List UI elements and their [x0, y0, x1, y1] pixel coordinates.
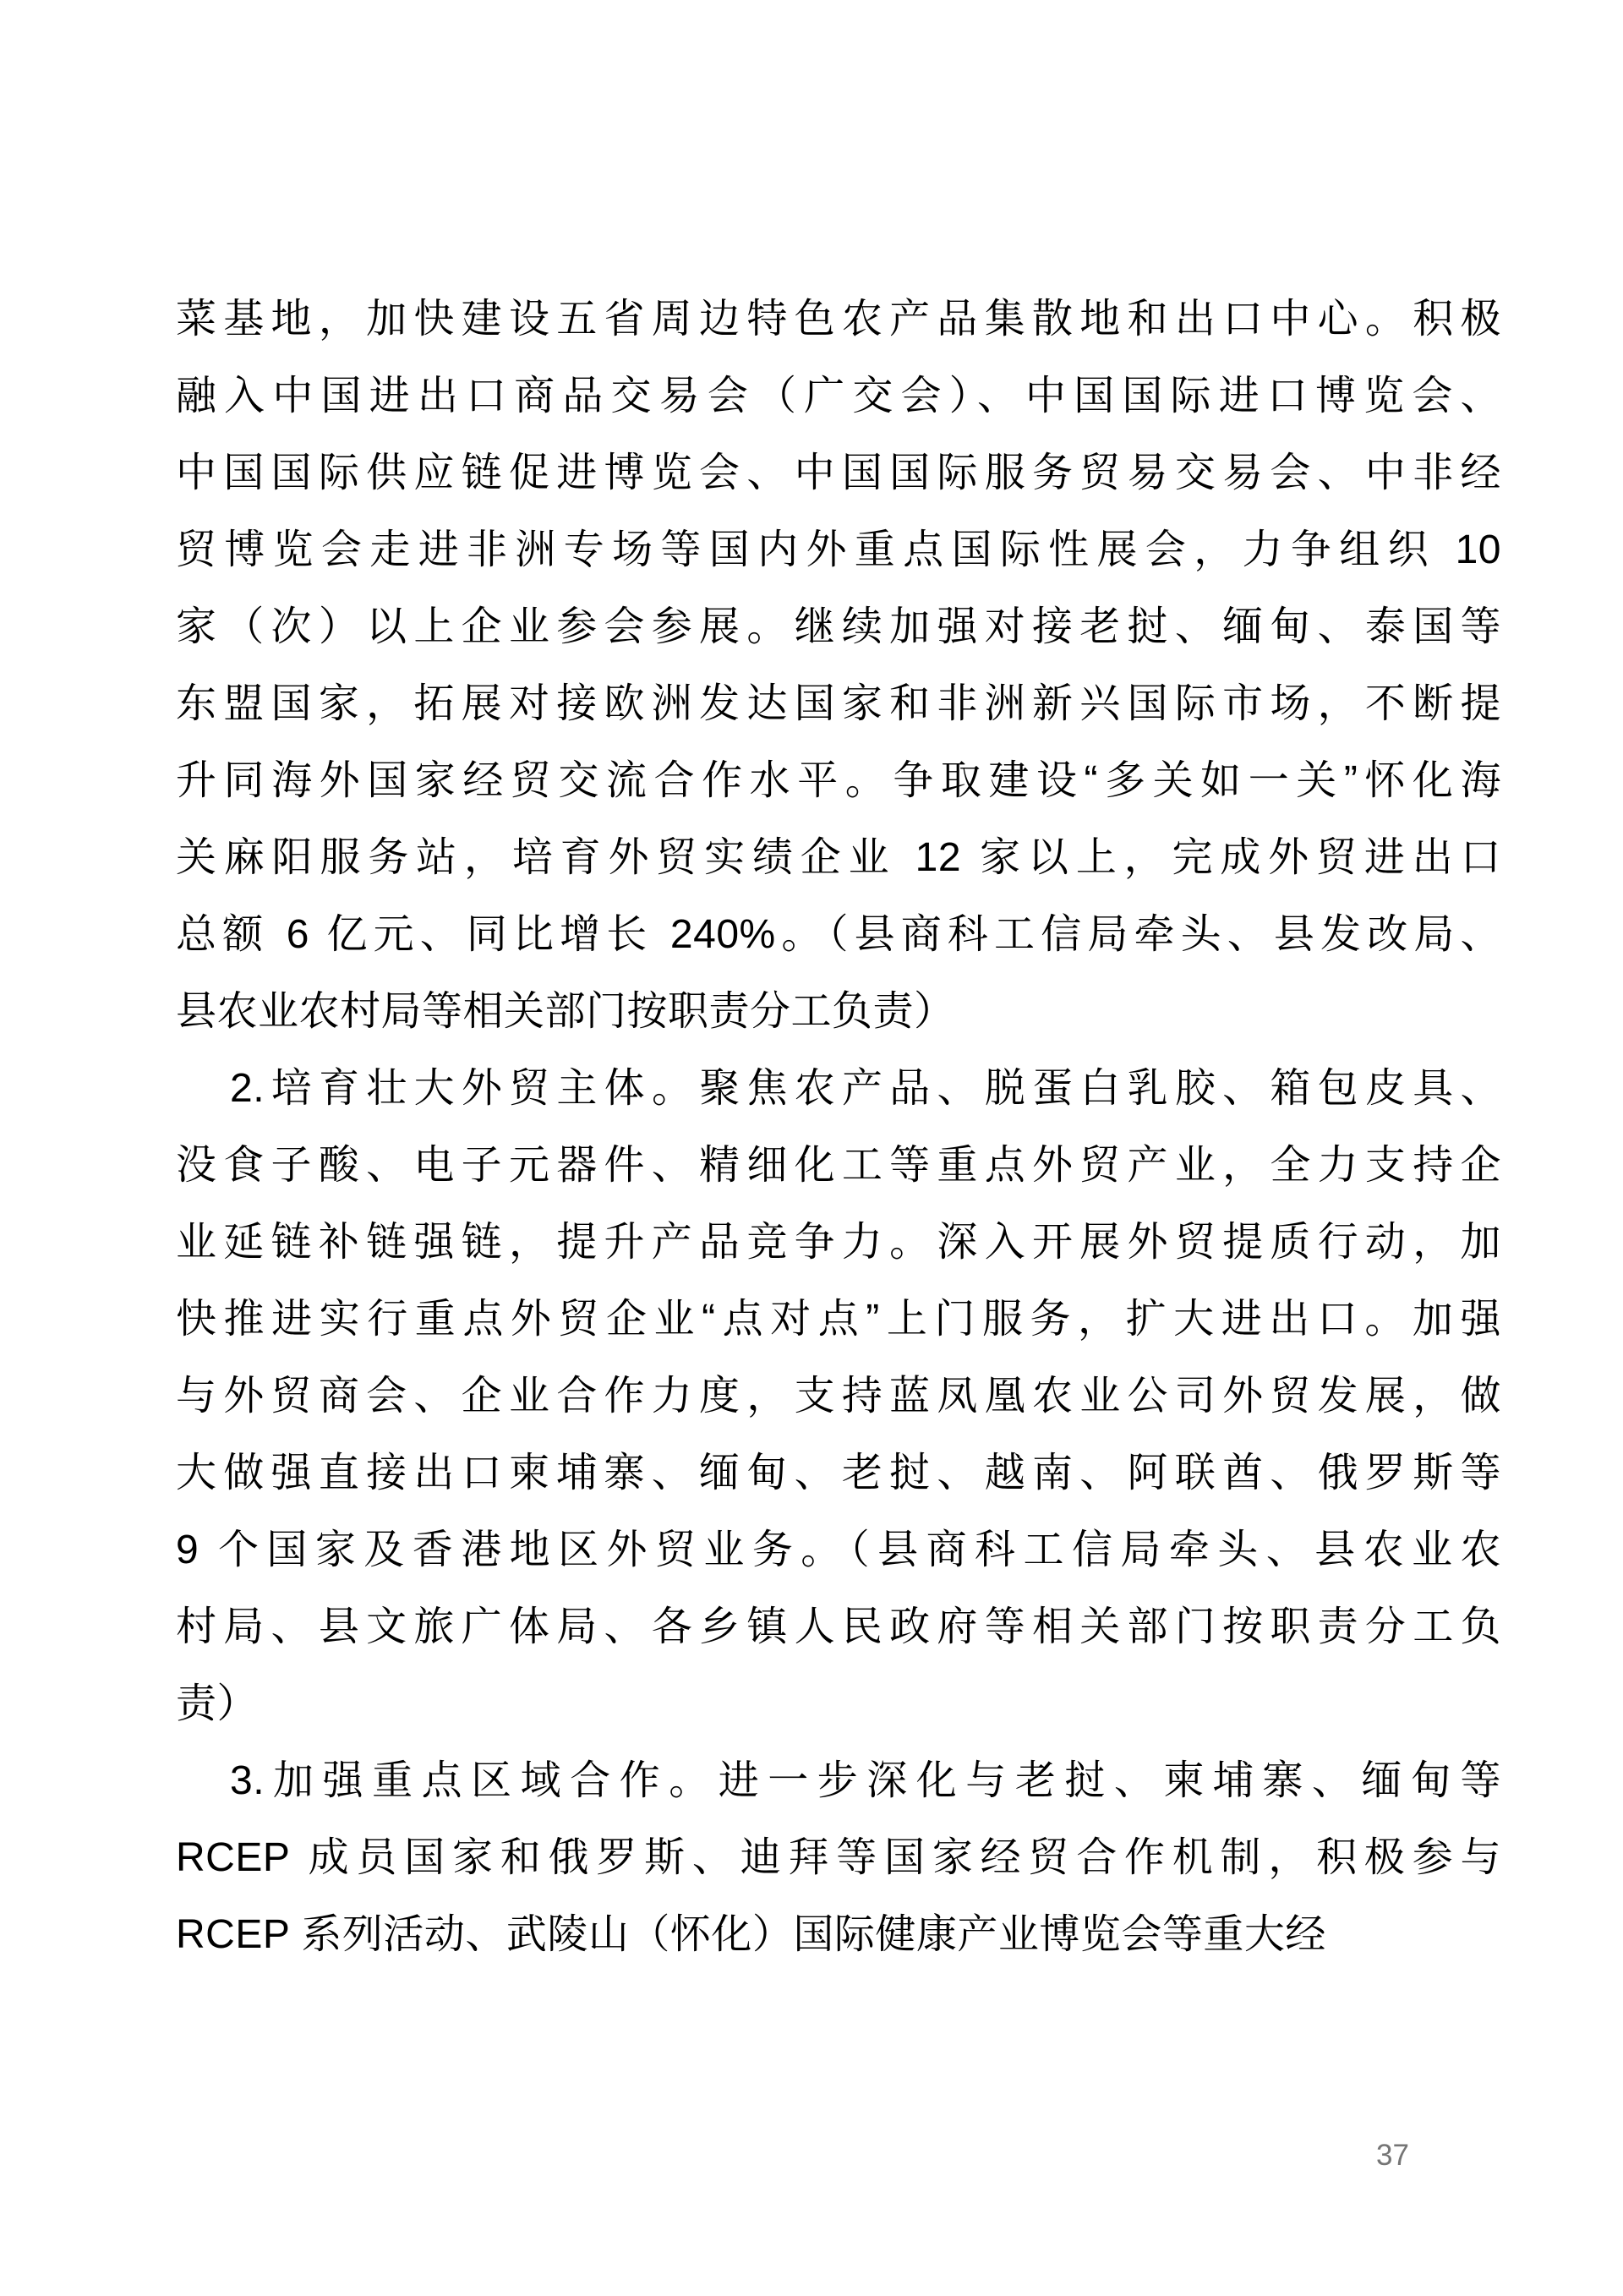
- text-line: 快推进实行重点外贸企业“点对点”上门服务，扩大进出口。加强: [176, 1281, 1501, 1358]
- text-line: 业延链补链强链，提升产品竞争力。深入开展外贸提质行动，加: [176, 1204, 1501, 1281]
- text-line: RCEP 系列活动、武陵山（怀化）国际健康产业博览会等重大经: [176, 1896, 1501, 1973]
- text-line: RCEP 成员国家和俄罗斯、迪拜等国家经贸合作机制，积极参与: [176, 1819, 1501, 1896]
- text-line: 与外贸商会、企业合作力度，支持蓝凤凰农业公司外贸发展，做: [176, 1358, 1501, 1435]
- text-line: 升同海外国家经贸交流合作水平。争取建设“多关如一关”怀化海: [176, 742, 1501, 819]
- text-line-paragraph-2-start: 2.培育壮大外贸主体。聚焦农产品、脱蛋白乳胶、箱包皮具、: [176, 1050, 1501, 1127]
- text-line: 家（次）以上企业参会参展。继续加强对接老挝、缅甸、泰国等: [176, 588, 1501, 665]
- text-line: 关麻阳服务站，培育外贸实绩企业 12 家以上，完成外贸进出口: [176, 819, 1501, 896]
- text-line: 县农业农村局等相关部门按职责分工负责）: [176, 973, 1501, 1050]
- text-line: 东盟国家，拓展对接欧洲发达国家和非洲新兴国际市场，不断提: [176, 665, 1501, 742]
- text-line: 菜基地，加快建设五省周边特色农产品集散地和出口中心。积极: [176, 281, 1501, 358]
- document-page: 菜基地，加快建设五省周边特色农产品集散地和出口中心。积极 融入中国进出口商品交易…: [0, 0, 1623, 2296]
- text-line: 村局、县文旅广体局、各乡镇人民政府等相关部门按职责分工负: [176, 1588, 1501, 1665]
- text-line: 9 个国家及香港地区外贸业务。（县商科工信局牵头、县农业农: [176, 1512, 1501, 1588]
- text-line: 责）: [176, 1665, 1501, 1742]
- text-line: 融入中国进出口商品交易会（广交会）、中国国际进口博览会、: [176, 358, 1501, 435]
- text-line: 总额 6 亿元、同比增长 240%。（县商科工信局牵头、县发改局、: [176, 896, 1501, 973]
- text-line: 大做强直接出口柬埔寨、缅甸、老挝、越南、阿联酋、俄罗斯等: [176, 1435, 1501, 1512]
- text-line: 贸博览会走进非洲专场等国内外重点国际性展会，力争组织 10: [176, 511, 1501, 588]
- page-number: 37: [1376, 2137, 1409, 2174]
- document-body-text: 菜基地，加快建设五省周边特色农产品集散地和出口中心。积极 融入中国进出口商品交易…: [176, 281, 1501, 1973]
- text-line-paragraph-3-start: 3.加强重点区域合作。进一步深化与老挝、柬埔寨、缅甸等: [176, 1742, 1501, 1819]
- text-line: 中国国际供应链促进博览会、中国国际服务贸易交易会、中非经: [176, 435, 1501, 511]
- text-line: 没食子酸、电子元器件、精细化工等重点外贸产业，全力支持企: [176, 1127, 1501, 1204]
